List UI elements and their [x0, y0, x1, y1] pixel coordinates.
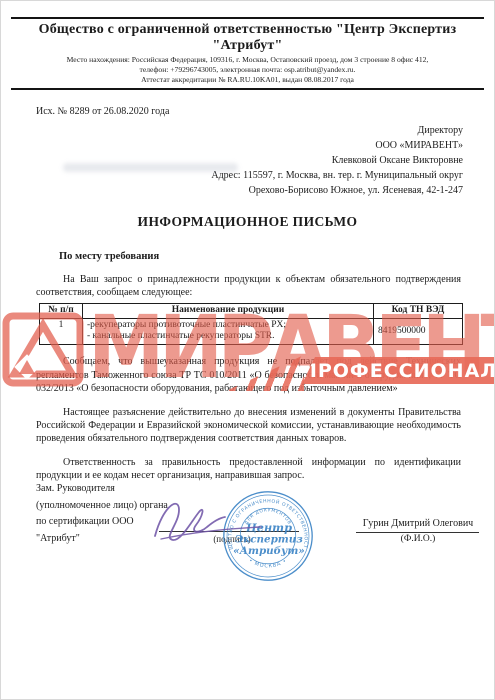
letterhead: Общество с ограниченной ответственностью… [11, 17, 484, 90]
intro-paragraph: На Ваш запрос о принадлежности продукции… [36, 273, 461, 300]
table-header-row: № п/п Наименование продукции Код ТН ВЭД [40, 303, 463, 318]
document-title: ИНФОРМАЦИОННОЕ ПИСЬМО [1, 214, 494, 230]
org-name: Общество с ограниченной ответственностью… [15, 22, 480, 53]
body-paragraph: Сообщаем, что вышеуказанная продукция не… [36, 355, 461, 395]
body-paragraph: Настоящее разъяснение действительно до в… [36, 406, 461, 446]
cell-product-name: -рекуператоры противоточные пластинчатые… [83, 318, 374, 345]
recipient-line: Директору [121, 123, 463, 138]
products-table: № п/п Наименование продукции Код ТН ВЭД … [39, 303, 463, 346]
recipient-block: Директору ООО «МИРАВЕНТ» Клевковой Оксан… [121, 123, 463, 198]
fio-line [356, 532, 479, 533]
recipient-line: ООО «МИРАВЕНТ» [121, 138, 463, 153]
cell-code: 8419500000 [374, 318, 463, 345]
org-location: Место нахождения: Российская Федерация, … [15, 55, 480, 65]
col-header-name: Наименование продукции [83, 303, 374, 318]
col-header-code: Код ТН ВЭД [374, 303, 463, 318]
document-subtitle: По месту требования [59, 251, 494, 262]
org-contacts: телефон: +79296743005, электронная почта… [15, 65, 480, 75]
handwritten-signature-icon [149, 492, 269, 556]
signer-name: Гурин Дмитрий Олегович [357, 518, 479, 529]
signature-section: Зам. Руководителя (уполномоченное лицо) … [1, 478, 495, 698]
cell-num: 1 [40, 318, 83, 345]
scan-artifact [63, 163, 238, 172]
fio-caption: (Ф.И.О.) [357, 534, 479, 544]
table-row: 1 -рекуператоры противоточные пластинчат… [40, 318, 463, 345]
product-name-line: - канальные пластинчатые рекуператоры ST… [87, 331, 369, 343]
org-accreditation: Аттестат аккредитации № RA.RU.10KA01, вы… [15, 75, 480, 85]
product-name-line: -рекуператоры противоточные пластинчатые… [87, 320, 369, 332]
col-header-num: № п/п [40, 303, 83, 318]
recipient-line: Орехово-Борисово Южное, ул. Ясеневая, 42… [121, 183, 463, 198]
outgoing-reference: Исх. № 8289 от 26.08.2020 года [36, 106, 494, 117]
document-page: Общество с ограниченной ответственностью… [0, 0, 495, 700]
